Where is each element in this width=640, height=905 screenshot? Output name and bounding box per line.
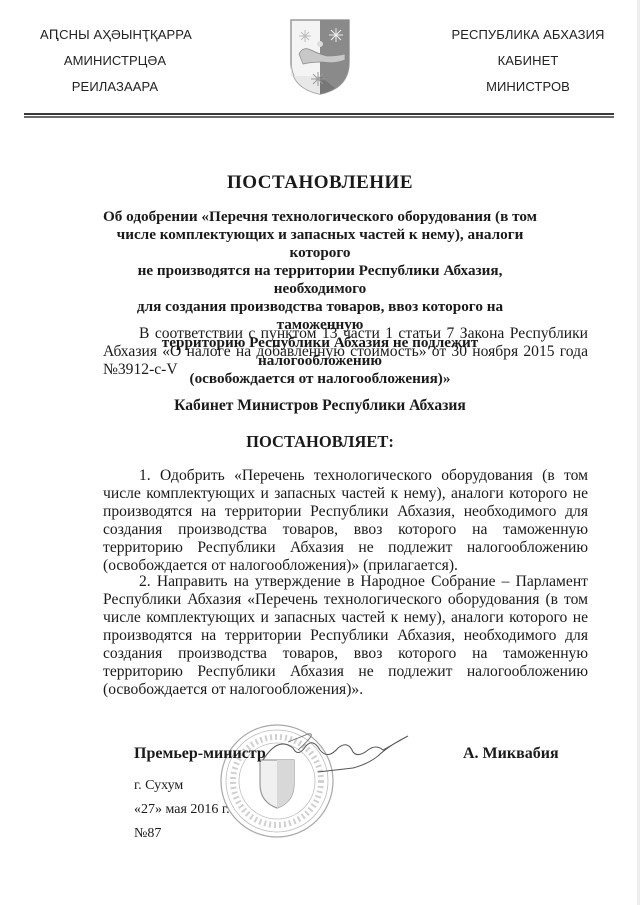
signatory-position: Премьер-министр xyxy=(134,745,266,763)
header-divider xyxy=(24,113,614,118)
handwritten-signature xyxy=(258,728,418,778)
signatory-name: А. Миквабия xyxy=(463,745,559,763)
header-left-line-1: АԤСНЫ АҲӘЫНҬҚАРРА xyxy=(40,27,190,43)
subject-line: числе комплектующих и запасных частей к … xyxy=(100,226,540,262)
item-2-text: 2. Направить на утверждение в Народное С… xyxy=(103,573,588,698)
preamble-paragraph: В соответствии с пунктом 13 части 1 стат… xyxy=(103,325,588,379)
issuer: Кабинет Министров Республики Абхазия xyxy=(0,397,640,415)
document-title: ПОСТАНОВЛЕНИЕ xyxy=(0,172,640,194)
header-right-line-1: РЕСПУБЛИКА АБХАЗИЯ xyxy=(448,27,608,42)
header-left-line-3: РЕИЛАЗААРА xyxy=(40,79,190,94)
header-right-line-3: МИНИСТРОВ xyxy=(448,79,608,94)
subject-line: Об одобрении «Перечня технологического о… xyxy=(100,208,540,226)
header-right-line-2: КАБИНЕТ xyxy=(448,53,608,68)
coat-of-arms-icon xyxy=(289,18,351,96)
preamble-text: В соответствии с пунктом 13 части 1 стат… xyxy=(103,325,588,378)
item-1: 1. Одобрить «Перечень технологического о… xyxy=(103,467,588,575)
date: «27» мая 2016 г. xyxy=(134,802,230,818)
place: г. Сухум xyxy=(134,778,183,794)
header-left-line-2: АМИНИСТРЦӘА xyxy=(40,53,190,68)
subject-line: не производятся на территории Республики… xyxy=(100,262,540,298)
item-2: 2. Направить на утверждение в Народное С… xyxy=(103,573,588,699)
document-number: №87 xyxy=(134,826,161,842)
item-1-text: 1. Одобрить «Перечень технологического о… xyxy=(103,467,588,574)
resolves-heading: ПОСТАНОВЛЯЕТ: xyxy=(0,432,640,452)
